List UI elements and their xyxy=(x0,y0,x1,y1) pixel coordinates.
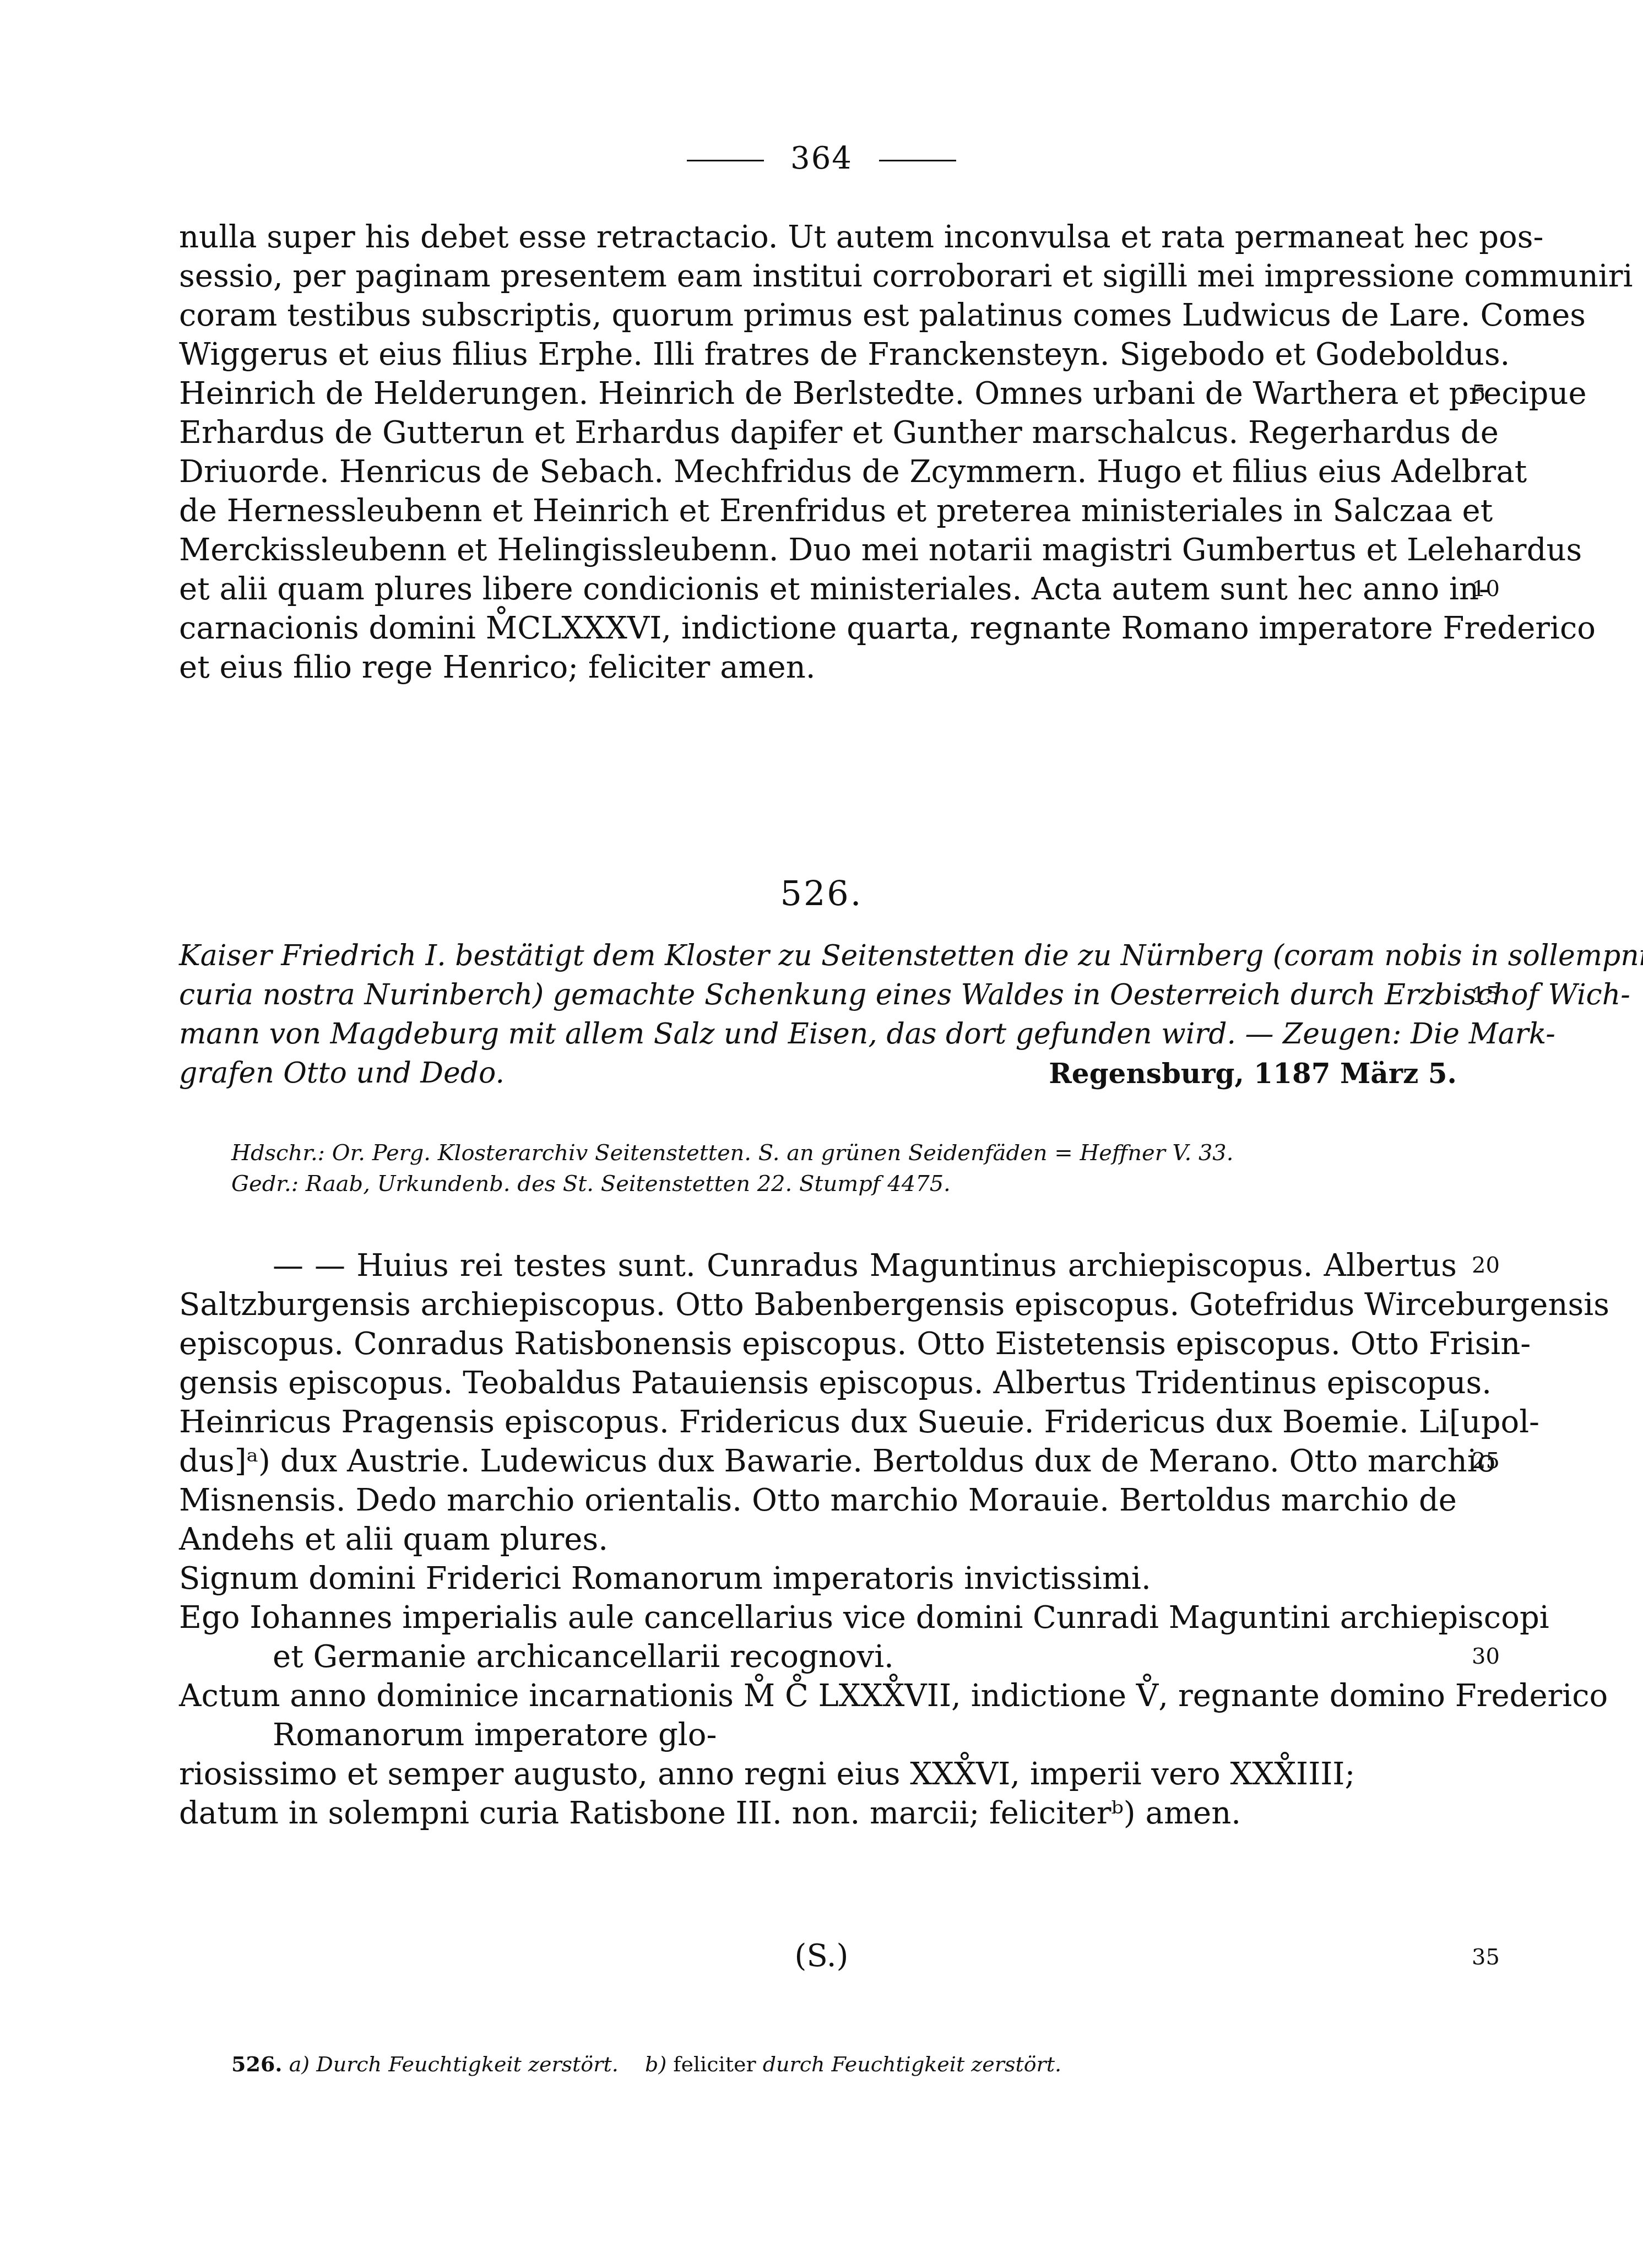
line-number: 35 xyxy=(1472,1938,1500,1977)
text-line: carnacionis domini M̊CLXXXVI, indictione… xyxy=(179,609,1457,648)
text-line: et eius filio rege Henrico; feliciter am… xyxy=(179,648,1457,687)
text-line: Driuorde. Henricus de Sebach. Mechfridus… xyxy=(179,452,1457,491)
text-line: Heinrich de Helderungen. Heinrich de Ber… xyxy=(179,374,1457,413)
document-number: 526. xyxy=(0,873,1643,913)
text-line: Andehs et alii quam plures. xyxy=(179,1520,1457,1559)
footnote-b-word: feliciter xyxy=(673,2052,756,2076)
line-text: Heinrich de Helderungen. Heinrich de Ber… xyxy=(179,376,1587,412)
text-line: Misnensis. Dedo marchio orientalis. Otto… xyxy=(179,1481,1457,1520)
regest-line: mann von Magdeburg mit allem Salz und Ei… xyxy=(179,1015,1457,1054)
place-date: Regensburg, 1187 März 5. xyxy=(1049,1054,1457,1093)
text-line: — — Huius rei testes sunt. Cunradus Magu… xyxy=(179,1246,1457,1285)
text-line: Actum anno dominice incarnationis M̊ C̊ … xyxy=(179,1676,1457,1715)
line-number: 15 xyxy=(1472,976,1500,1015)
text-line: Heinricus Pragensis episcopus. Fridericu… xyxy=(179,1403,1457,1442)
line-number: 10 xyxy=(1472,570,1500,609)
printed-source: Gedr.: Raab, Urkundenb. des St. Seitenst… xyxy=(231,1168,1234,1199)
text-line: Ego Iohannes imperialis aule cancellariu… xyxy=(179,1598,1457,1637)
line-number: 25 xyxy=(1472,1442,1500,1481)
page-number: 364 xyxy=(0,140,1643,176)
folio-rule-right xyxy=(879,160,956,161)
text-line: Saltzburgensis archiepiscopus. Otto Babe… xyxy=(179,1285,1457,1324)
text-line: dus]ᵃ) dux Austrie. Ludewicus dux Bawari… xyxy=(179,1442,1457,1481)
footnote-b-marker: b) xyxy=(645,2052,666,2076)
folio-rule-left xyxy=(687,160,764,161)
text-line: Signum domini Friderici Romanorum impera… xyxy=(179,1559,1457,1598)
seal-mark: (S.) xyxy=(0,1938,1643,1974)
folio-number: 364 xyxy=(790,140,853,176)
text-line: nulla super his debet esse retractacio. … xyxy=(179,218,1457,257)
sources: Hdschr.: Or. Perg. Klosterarchiv Seitens… xyxy=(231,1138,1234,1199)
footnotes: 526. a) Durch Feuchtigkeit zerstört. b) … xyxy=(231,2050,1061,2078)
document-page: 364 nulla super his debet esse retractac… xyxy=(0,0,1643,2268)
text-line: Erhardus de Gutterun et Erhardus dapifer… xyxy=(179,413,1457,452)
text-line: gensis episcopus. Teobaldus Patauiensis … xyxy=(179,1363,1457,1403)
manuscript-source: Hdschr.: Or. Perg. Klosterarchiv Seitens… xyxy=(231,1138,1234,1168)
regest-line: Kaiser Friedrich I. bestätigt dem Kloste… xyxy=(179,937,1457,976)
footnote-a: a) Durch Feuchtigkeit zerstört. xyxy=(289,2052,619,2076)
footnote-b-text: durch Feuchtigkeit zerstört. xyxy=(763,2052,1061,2076)
text-line: coram testibus subscriptis, quorum primu… xyxy=(179,296,1457,335)
continuation-text: nulla super his debet esse retractacio. … xyxy=(179,218,1457,687)
text-line: Wiggerus et eius filius Erphe. Illi frat… xyxy=(179,335,1457,374)
text-line: Romanorum imperatore glo- xyxy=(179,1715,1457,1755)
text-line: et alii quam plures libere condicionis e… xyxy=(179,570,1457,609)
line-number: 20 xyxy=(1472,1246,1500,1285)
text-line: episcopus. Conradus Ratisbonensis episco… xyxy=(179,1324,1457,1363)
footnote-label: 526. xyxy=(231,2052,283,2076)
regest-line: grafen Otto und Dedo. Regensburg, 1187 M… xyxy=(179,1054,1457,1093)
regest-line: curia nostra Nurinberch) gemachte Schenk… xyxy=(179,976,1457,1015)
charter-text: — — Huius rei testes sunt. Cunradus Magu… xyxy=(179,1246,1457,1833)
text-line: sessio, per paginam presentem eam instit… xyxy=(179,257,1457,296)
line-number: 30 xyxy=(1472,1637,1500,1676)
text-line: Merckissleubenn et Helingissleubenn. Duo… xyxy=(179,531,1457,570)
line-number: 5 xyxy=(1472,374,1485,413)
regest: Kaiser Friedrich I. bestätigt dem Kloste… xyxy=(179,937,1457,1093)
text-line: de Hernessleubenn et Heinrich et Erenfri… xyxy=(179,491,1457,531)
text-line: datum in solempni curia Ratisbone III. n… xyxy=(179,1794,1457,1833)
text-line: riosissimo et semper augusto, anno regni… xyxy=(179,1755,1457,1794)
text-line: et Germanie archicancellarii recognovi. xyxy=(179,1637,1457,1676)
regest-line-text: grafen Otto und Dedo. xyxy=(179,1057,505,1090)
